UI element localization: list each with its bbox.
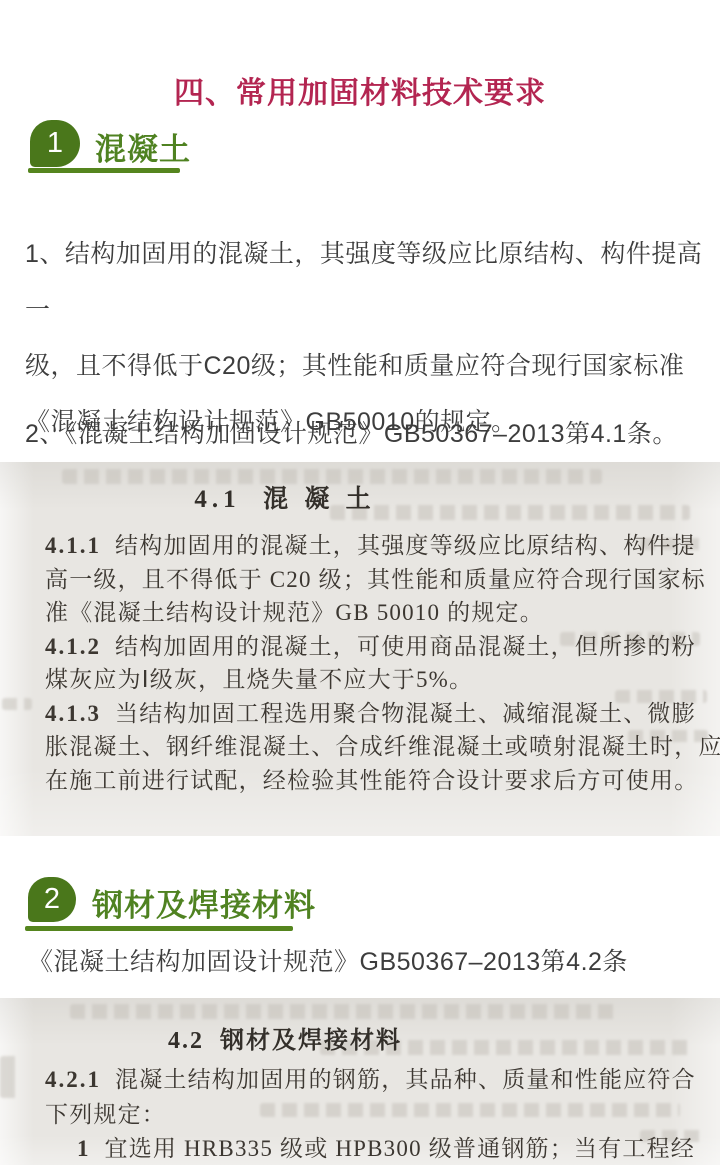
section2-heading: 钢材及焊接材料 [92,880,316,925]
clause-text: 宜选用 HRB335 级或 HPB300 级普通钢筋；当有工程经 [105,1136,695,1161]
scan-text-line: 在施工前进行试配，经检验其性能符合设计要求后方可使用。 [45,764,702,798]
clause-text: 结构加固用的混凝土，可使用商品混凝土，但所掺的粉 [115,634,696,659]
clause-text: 结构加固用的混凝土，其强度等级应比原结构、构件提 [115,533,696,558]
section1-paragraph2: 2、《混凝土结构加固设计规范》GB50367–2013第4.1条。 [25,416,715,452]
scan-text-line: 下列规定： [45,1098,702,1133]
scan-text-line: 4.1.1结构加固用的混凝土，其强度等级应比原结构、构件提 [45,529,702,563]
section1-underline [28,168,180,173]
scan-text-line: 高一级，且不得低于 C20 级；其性能和质量应符合现行国家标 [45,563,702,597]
section1-heading: 混凝土 [95,124,191,169]
clause-number: 4.1.2 [45,634,101,659]
bleed-through-artifact [2,698,32,710]
section1-number-badge: 1 [30,120,80,167]
section2-number: 2 [44,883,60,916]
clause-number: 4.2.1 [45,1067,101,1092]
scan-text-line: 4.2.1混凝土结构加固用的钢筋，其品种、质量和性能应符合 [45,1063,702,1098]
scan-text-line: 4.1.3当结构加固工程选用聚合物混凝土、减缩混凝土、微膨 [45,697,702,731]
bleed-through-artifact [0,1056,22,1098]
section2-underline [25,926,293,931]
clause-number: 4.1.3 [45,701,101,726]
article-page: 四、常用加固材料技术要求 1 混凝土 1、结构加固用的混凝土，其强度等级应比原结… [0,0,720,1165]
scanned-code-excerpt-4-1: 4.1 混 凝 土 4.1.1结构加固用的混凝土，其强度等级应比原结构、构件提 … [0,462,720,836]
scan-text-line: 胀混凝土、钢纤维混凝土、合成纤维混凝土或喷射混凝土时，应 [45,730,702,764]
section2-paragraph1: 《混凝土结构加固设计规范》GB50367–2013第4.2条 [28,944,718,980]
clause-text: 高一级，且不得低于 C20 级；其性能和质量应符合现行国家标 [45,567,706,592]
clause-text: 当结构加固工程选用聚合物混凝土、减缩混凝土、微膨 [115,701,696,726]
paragraph-line: 级，且不得低于C20级；其性能和质量应符合现行国家标准 [25,338,715,394]
clause-text: 煤灰应为Ⅰ级灰，且烧失量不应大于5%。 [45,667,473,692]
clause-text: 混凝土结构加固用的钢筋，其品种、质量和性能应符合 [115,1067,696,1092]
clause-number: 4.1.1 [45,533,101,558]
scan1-clause-header: 4.1 混 凝 土 [0,479,570,515]
clause-text: 准《混凝土结构设计规范》GB 50010 的规定。 [45,600,544,625]
clause-number: 1 [77,1136,91,1161]
clause-text: 胀混凝土、钢纤维混凝土、合成纤维混凝土或喷射混凝土时，应 [45,734,720,759]
paragraph-line: 1、结构加固用的混凝土，其强度等级应比原结构、构件提高一 [25,226,715,338]
scan2-clause-header: 4.2 钢材及焊接材料 [0,1020,570,1055]
scan2-clause-text: 4.2.1混凝土结构加固用的钢筋，其品种、质量和性能应符合 下列规定： 1宜选用… [45,1063,702,1165]
scan-text-line: 1宜选用 HRB335 级或 HPB300 级普通钢筋；当有工程经 [45,1132,702,1165]
page-title: 四、常用加固材料技术要求 [0,68,720,112]
clause-text: 在施工前进行试配，经检验其性能符合设计要求后方可使用。 [45,768,698,793]
scan-text-line: 煤灰应为Ⅰ级灰，且烧失量不应大于5%。 [45,663,702,697]
scanned-code-excerpt-4-2: 4.2 钢材及焊接材料 4.2.1混凝土结构加固用的钢筋，其品种、质量和性能应符… [0,998,720,1165]
section1-number: 1 [47,127,63,160]
bleed-through-artifact [70,1004,615,1019]
scan-text-line: 4.1.2结构加固用的混凝土，可使用商品混凝土，但所掺的粉 [45,630,702,664]
scan1-clause-text: 4.1.1结构加固用的混凝土，其强度等级应比原结构、构件提 高一级，且不得低于 … [45,529,702,797]
section2-number-badge: 2 [28,877,76,922]
scan-text-line: 准《混凝土结构设计规范》GB 50010 的规定。 [45,596,702,630]
clause-text: 下列规定： [45,1102,166,1127]
